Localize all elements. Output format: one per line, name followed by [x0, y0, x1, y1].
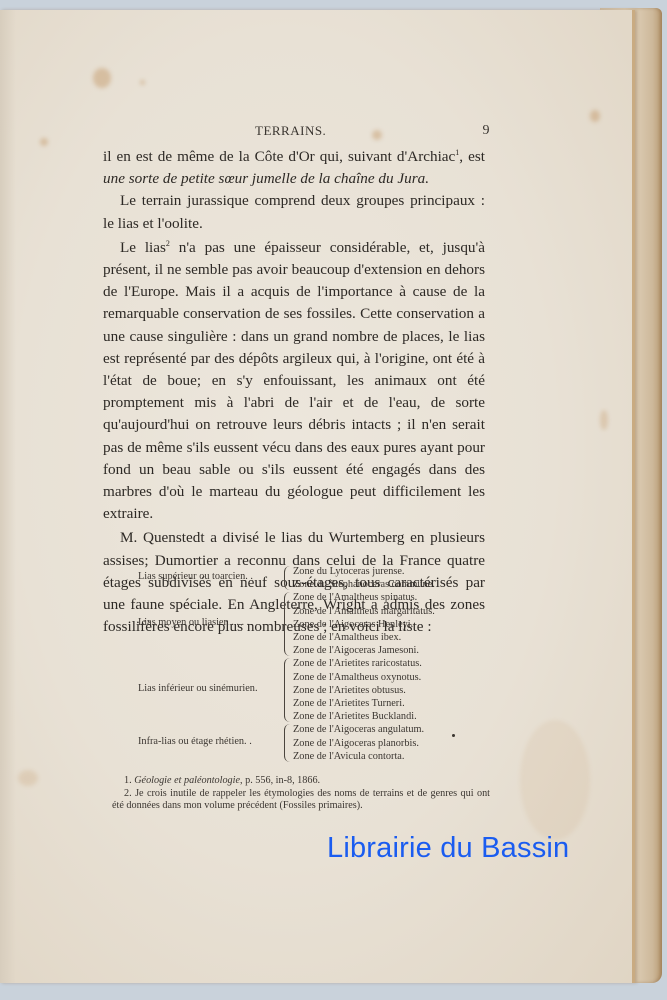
- zone-item: Zone de l'Arietites Bucklandi.: [293, 710, 478, 723]
- zone-item: Zone de l'Aigoceras angulatum.: [293, 723, 478, 736]
- zone-item: Zone de l'Arietites raricostatus.: [293, 657, 478, 670]
- zone-item: Zone de l'Aigoceras planorbis.: [293, 737, 478, 750]
- paragraph: il en est de même de la Côte d'Or qui, s…: [103, 146, 485, 190]
- ink-speck: [452, 734, 455, 737]
- zone-group: Lias moyen ou liasien . . . . Zone de l'…: [138, 591, 478, 657]
- footnote-text: , p. 556, in-8, 1866.: [240, 775, 320, 786]
- foxing-stain: [140, 80, 145, 85]
- stage-label: Lias supérieur ou toarcien. .: [138, 571, 253, 582]
- paragraph: Le lias2 n'a pas une épaisseur considéra…: [103, 237, 485, 526]
- foxing-stain: [40, 138, 48, 146]
- brace-bracket: [284, 658, 291, 722]
- watermark-text: Librairie du Bassin: [327, 832, 569, 865]
- zone-list: Zone de l'Aigoceras angulatum. Zone de l…: [293, 723, 478, 763]
- running-head-title: TERRAINS.: [255, 123, 326, 139]
- footnote-number: 1.: [124, 775, 132, 786]
- zone-item: Zone de l'Amaltheus ibex.: [293, 631, 478, 644]
- zone-item: Zone de l'Amaltheus spinatus.: [293, 591, 478, 604]
- zone-item: Zone de l'Amaltheus oxynotus.: [293, 671, 478, 684]
- page-gutter-shadow: [0, 10, 16, 983]
- footnote-italic-title: Géologie et paléontologie: [134, 775, 240, 786]
- zone-table: Lias supérieur ou toarcien. . Zone du Ly…: [138, 565, 478, 763]
- footnotes: 1. Géologie et paléontologie, p. 556, in…: [112, 775, 490, 813]
- zone-item: Zone du Stephanoceras commune.: [293, 578, 478, 591]
- zone-list: Zone de l'Arietites raricostatus. Zone d…: [293, 657, 478, 723]
- stage-label: Lias moyen ou liasien . . . .: [138, 617, 249, 628]
- stage-label: Infra-lias ou étage rhétien. .: [138, 736, 252, 747]
- text-run: il en est de même de la Côte d'Or qui, s…: [103, 148, 455, 165]
- brace-bracket: [284, 724, 291, 762]
- text-run: Le terrain jurassique comprend deux grou…: [103, 192, 485, 231]
- zone-item: Zone de l'Amaltheus margaritatus.: [293, 605, 478, 618]
- paragraph: Le terrain jurassique comprend deux grou…: [103, 190, 485, 234]
- italic-quote: une sorte de petite sœur jumelle de la c…: [103, 170, 429, 187]
- footnote-number: 2.: [124, 788, 132, 799]
- zone-item: Zone de l'Arietites Turneri.: [293, 697, 478, 710]
- zone-item: Zone de l'Arietites obtusus.: [293, 684, 478, 697]
- foxing-stain: [372, 130, 382, 140]
- footnote-2: 2. Je crois inutile de rappeler les étym…: [112, 788, 490, 813]
- foxing-stain: [18, 770, 38, 786]
- stage-label: Lias inférieur ou sinémurien.: [138, 683, 258, 694]
- zone-item: Zone de l'Avicula contorta.: [293, 750, 478, 763]
- text-run: , est: [459, 148, 485, 165]
- foxing-stain: [590, 110, 600, 122]
- footnote-text: Je crois inutile de rappeler les étymolo…: [112, 788, 490, 812]
- brace-bracket: [284, 592, 291, 656]
- text-run: Le lias: [120, 239, 166, 256]
- page-number: 9: [483, 123, 491, 139]
- text-run: n'a pas une épaisseur considérable, et, …: [103, 239, 485, 522]
- footnote-1: 1. Géologie et paléontologie, p. 556, in…: [112, 775, 490, 788]
- zone-list: Zone du Lytoceras jurense. Zone du Steph…: [293, 565, 478, 591]
- foxing-stain: [520, 720, 590, 840]
- zone-group: Lias inférieur ou sinémurien. Zone de l'…: [138, 657, 478, 723]
- zone-group: Lias supérieur ou toarcien. . Zone du Ly…: [138, 565, 478, 591]
- foxing-stain: [600, 410, 608, 430]
- zone-item: Zone de l'Aigoceras Henleyi.: [293, 618, 478, 631]
- brace-bracket: [284, 566, 291, 590]
- zone-group: Infra-lias ou étage rhétien. . Zone de l…: [138, 723, 478, 763]
- zone-item: Zone de l'Aigoceras Jamesoni.: [293, 644, 478, 657]
- foxing-stain: [93, 68, 111, 88]
- zone-item: Zone du Lytoceras jurense.: [293, 565, 478, 578]
- zone-list: Zone de l'Amaltheus spinatus. Zone de l'…: [293, 591, 478, 657]
